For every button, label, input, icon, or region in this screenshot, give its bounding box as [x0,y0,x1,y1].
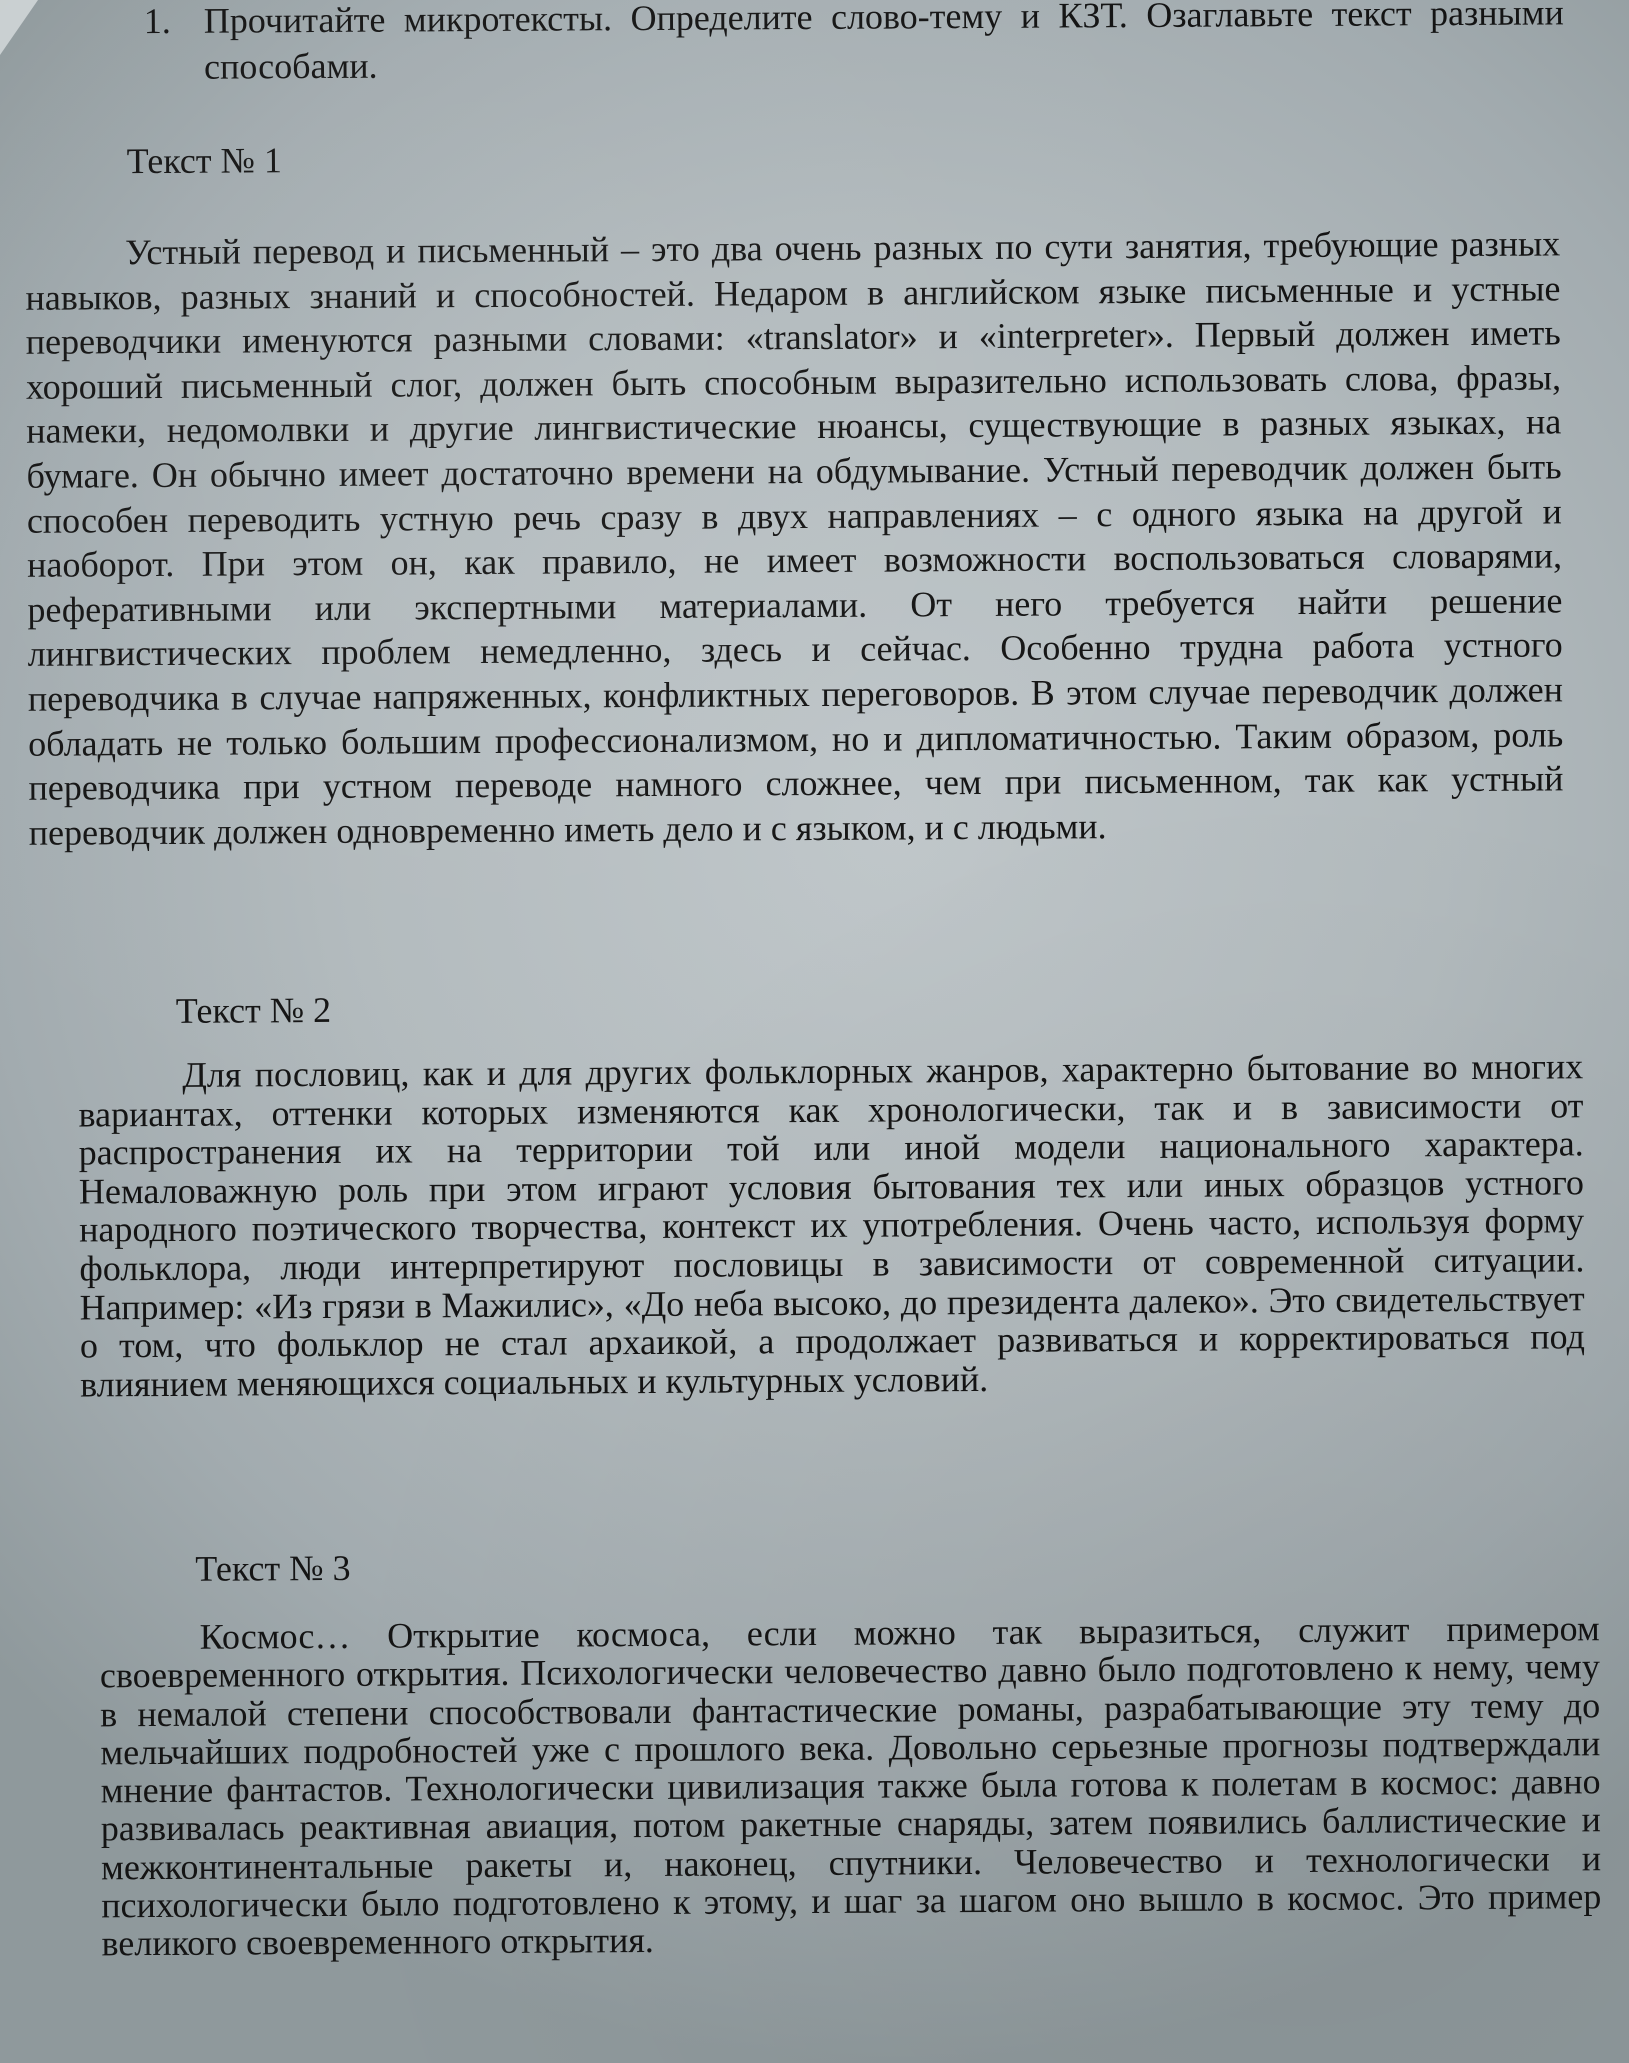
task-instruction: 1. Прочитайте микротексты. Определите сл… [144,0,1565,90]
text-3-body: Космос… Открытие космоса, если можно так… [100,1609,1602,1963]
text-2-body: Для пословиц, как и для других фольклорн… [78,1047,1585,1404]
text-1-heading: Текст № 1 [127,138,283,183]
text-3-heading: Текст № 3 [195,1546,351,1591]
task-number: 1. [144,0,177,90]
text-1-body: Устный перевод и письменный – это два оч… [25,221,1564,855]
task-text: Прочитайте микротексты. Определите слово… [176,0,1565,90]
document-page: 1. Прочитайте микротексты. Определите сл… [0,0,1629,2063]
text-2-heading: Текст № 2 [176,988,332,1033]
